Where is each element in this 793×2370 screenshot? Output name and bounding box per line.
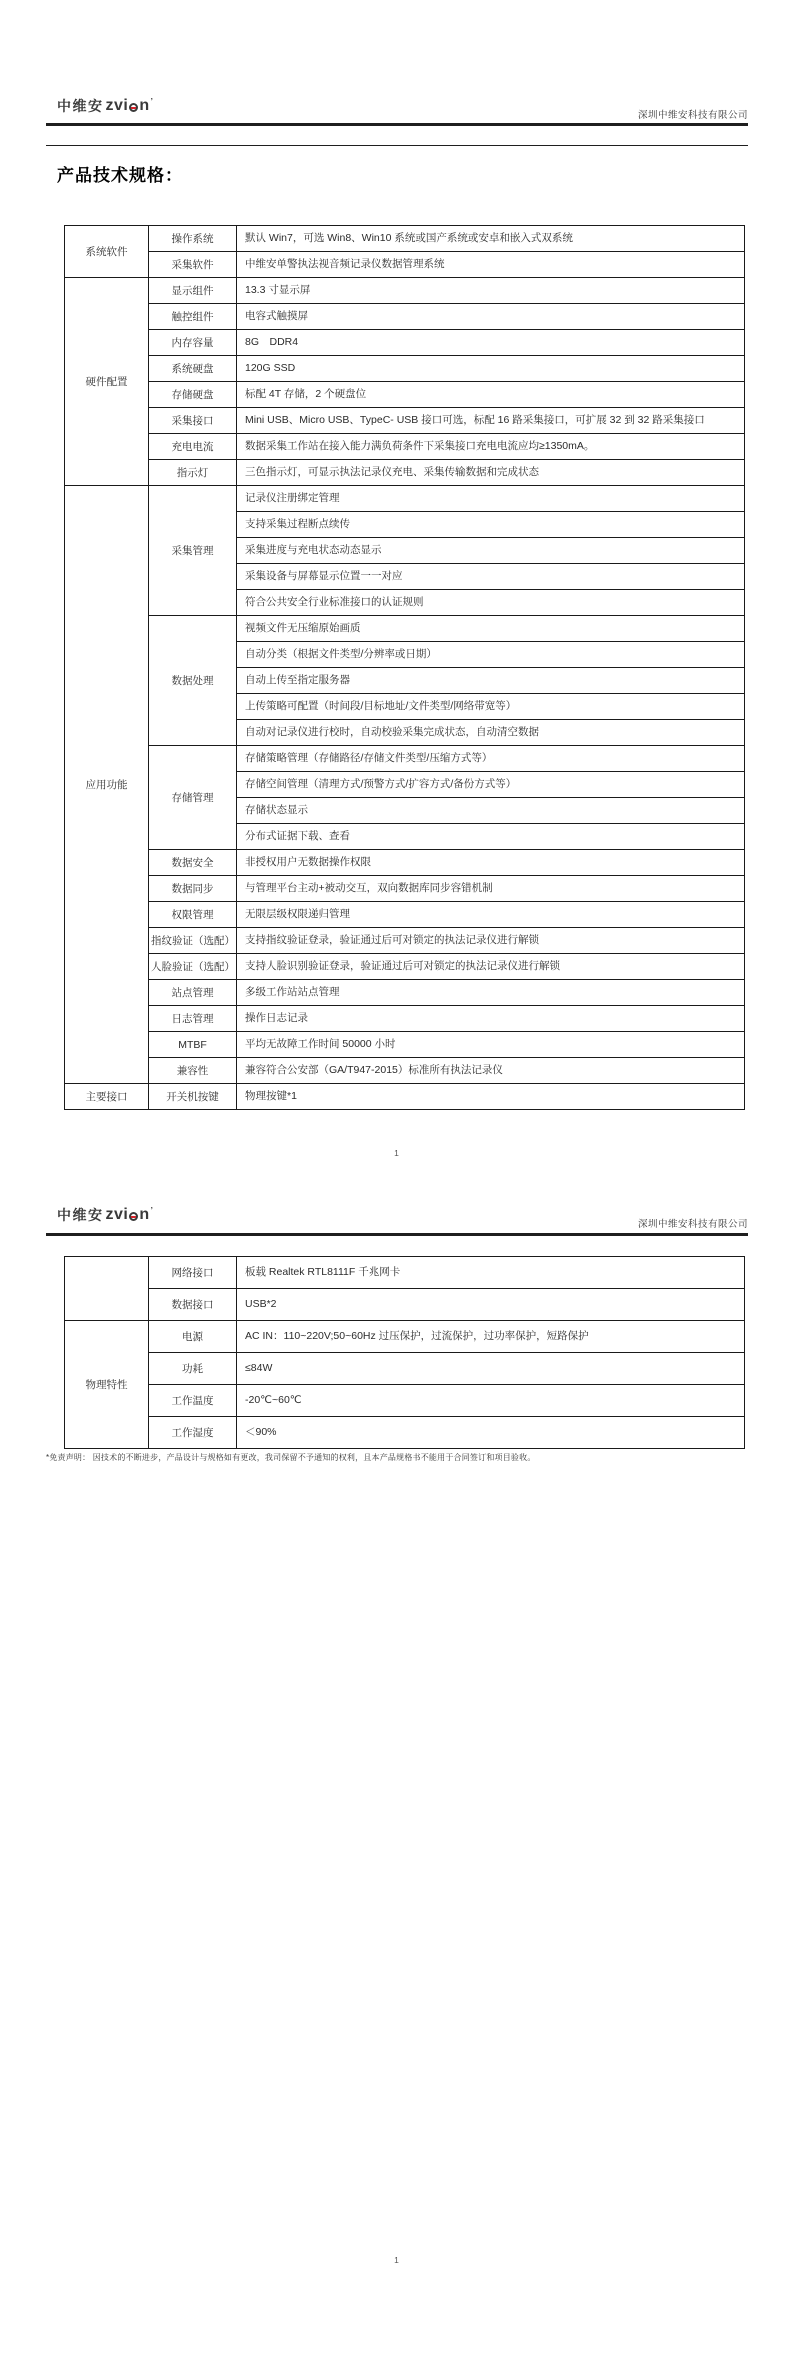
spec-row: 数据同步与管理平台主动+被动交互，双向数据库同步容错机制 — [65, 876, 745, 902]
item-cell: 工作温度 — [149, 1385, 237, 1417]
item-cell: 电源 — [149, 1321, 237, 1353]
item-cell: 指示灯 — [149, 460, 237, 486]
item-cell: 人脸验证（选配） — [149, 954, 237, 980]
item-cell: 系统硬盘 — [149, 356, 237, 382]
section-divider — [46, 145, 748, 146]
value-cell: 三色指示灯，可显示执法记录仪充电、采集传输数据和完成状态 — [237, 460, 745, 486]
company-name: 深圳中维安科技有限公司 — [638, 107, 748, 121]
spec-row: 网络接口板载 Realtek RTL8111F 千兆网卡 — [65, 1257, 745, 1289]
item-cell: 指纹验证（选配） — [149, 928, 237, 954]
value-cell: 非授权用户无数据操作权限 — [237, 850, 745, 876]
logo-trademark: ’ — [151, 97, 154, 106]
spec-row: 指示灯三色指示灯，可显示执法记录仪充电、采集传输数据和完成状态 — [65, 460, 745, 486]
spec-row: 站点管理多级工作站站点管理 — [65, 980, 745, 1006]
item-cell: 日志管理 — [149, 1006, 237, 1032]
logo-text-pre: zvi — [106, 1206, 129, 1224]
value-cell: 存储策略管理（存储路径/存储文件类型/压缩方式等） — [237, 746, 745, 772]
logo-a-icon — [129, 103, 138, 112]
header-divider — [46, 123, 748, 126]
item-cell: 数据处理 — [149, 616, 237, 746]
category-cell: 主要接口 — [65, 1084, 149, 1110]
spec-row: 存储硬盘标配 4T 存储，2 个硬盘位 — [65, 382, 745, 408]
spec-table-page2: 网络接口板载 Realtek RTL8111F 千兆网卡数据接口USB*2物理特… — [64, 1256, 745, 1449]
value-cell: 兼容符合公安部（GA/T947-2015）标准所有执法记录仪 — [237, 1058, 745, 1084]
value-cell: 默认 Win7，可选 Win8、Win10 系统或国产系统或安卓和嵌入式双系统 — [237, 226, 745, 252]
spec-row: 存储管理存储策略管理（存储路径/存储文件类型/压缩方式等） — [65, 746, 745, 772]
spec-row: 权限管理无限层级权限递归管理 — [65, 902, 745, 928]
value-cell: 上传策略可配置（时间段/目标地址/文件类型/网络带宽等） — [237, 694, 745, 720]
item-cell: 工作湿度 — [149, 1417, 237, 1449]
spec-row: MTBF平均无故障工作时间 50000 小时 — [65, 1032, 745, 1058]
item-cell: 触控组件 — [149, 304, 237, 330]
logo-a-icon — [129, 1212, 138, 1221]
spec-row: 数据安全非授权用户无数据操作权限 — [65, 850, 745, 876]
value-cell: 板载 Realtek RTL8111F 千兆网卡 — [237, 1257, 745, 1289]
logo-red-dash-icon — [131, 107, 136, 109]
item-cell: 采集接口 — [149, 408, 237, 434]
value-cell: ＜90% — [237, 1417, 745, 1449]
logo-text-post: n — [139, 97, 149, 115]
category-cell — [65, 1257, 149, 1321]
category-cell: 应用功能 — [65, 486, 149, 1084]
value-cell: 与管理平台主动+被动交互，双向数据库同步容错机制 — [237, 876, 745, 902]
item-cell: 网络接口 — [149, 1257, 237, 1289]
page-title: 产品技术规格： — [57, 161, 183, 186]
category-cell: 物理特性 — [65, 1321, 149, 1449]
spec-row: 触控组件电容式触摸屏 — [65, 304, 745, 330]
value-cell: 平均无故障工作时间 50000 小时 — [237, 1032, 745, 1058]
spec-row: 工作温度-20℃~60℃ — [65, 1385, 745, 1417]
value-cell: 13.3 寸显示屏 — [237, 278, 745, 304]
value-cell: 采集进度与充电状态动态显示 — [237, 538, 745, 564]
item-cell: 数据安全 — [149, 850, 237, 876]
value-cell: 自动对记录仪进行校时，自动校验采集完成状态，自动清空数据 — [237, 720, 745, 746]
item-cell: 存储管理 — [149, 746, 237, 850]
value-cell: 无限层级权限递归管理 — [237, 902, 745, 928]
value-cell: 数据采集工作站在接入能力满负荷条件下采集接口充电电流应均≥1350mA。 — [237, 434, 745, 460]
value-cell: 符合公共安全行业标准接口的认证规则 — [237, 590, 745, 616]
value-cell: AC IN：110~220V;50~60Hz 过压保护，过流保护，过功率保护，短… — [237, 1321, 745, 1353]
brand-logo-en: zvin’ — [106, 1206, 154, 1224]
spec-table-page1: 系统软件操作系统默认 Win7，可选 Win8、Win10 系统或国产系统或安卓… — [64, 225, 745, 1110]
spec-row: 日志管理操作日志记录 — [65, 1006, 745, 1032]
value-cell: 存储空间管理（清理方式/预警方式/扩容方式/备份方式等） — [237, 772, 745, 798]
value-cell: 标配 4T 存储，2 个硬盘位 — [237, 382, 745, 408]
value-cell: 中维安单警执法视音频记录仪数据管理系统 — [237, 252, 745, 278]
spec-row: 物理特性电源AC IN：110~220V;50~60Hz 过压保护，过流保护，过… — [65, 1321, 745, 1353]
category-cell: 硬件配置 — [65, 278, 149, 486]
value-cell: 多级工作站站点管理 — [237, 980, 745, 1006]
spec-row: 数据接口USB*2 — [65, 1289, 745, 1321]
item-cell: 数据同步 — [149, 876, 237, 902]
value-cell: 采集设备与屏幕显示位置一一对应 — [237, 564, 745, 590]
item-cell: 显示组件 — [149, 278, 237, 304]
item-cell: 采集管理 — [149, 486, 237, 616]
value-cell: -20℃~60℃ — [237, 1385, 745, 1417]
item-cell: 站点管理 — [149, 980, 237, 1006]
spec-row: 主要接口开关机按键物理按键*1 — [65, 1084, 745, 1110]
value-cell: 存储状态显示 — [237, 798, 745, 824]
value-cell: 分布式证据下载、查看 — [237, 824, 745, 850]
item-cell: 操作系统 — [149, 226, 237, 252]
spec-row: 应用功能采集管理记录仪注册绑定管理 — [65, 486, 745, 512]
spec-row: 系统软件操作系统默认 Win7，可选 Win8、Win10 系统或国产系统或安卓… — [65, 226, 745, 252]
value-cell: 视频文件无压缩原始画质 — [237, 616, 745, 642]
spec-table-page1-wrap: 系统软件操作系统默认 Win7，可选 Win8、Win10 系统或国产系统或安卓… — [64, 225, 745, 1110]
spec-row: 工作湿度＜90% — [65, 1417, 745, 1449]
item-cell: 充电电流 — [149, 434, 237, 460]
logo-trademark: ’ — [151, 1206, 154, 1215]
disclaimer-note: *免责声明： 因技术的不断进步，产品设计与规格如有更改，我司保留不予通知的权利，… — [46, 1452, 536, 1463]
spec-row: 功耗≤84W — [65, 1353, 745, 1385]
brand-logo-cn: 中维安 — [57, 96, 104, 116]
value-cell: 电容式触摸屏 — [237, 304, 745, 330]
company-name-page2: 深圳中维安科技有限公司 — [638, 1216, 748, 1230]
spec-row: 人脸验证（选配）支持人脸识别验证登录，验证通过后可对锁定的执法记录仪进行解锁 — [65, 954, 745, 980]
spec-row: 充电电流数据采集工作站在接入能力满负荷条件下采集接口充电电流应均≥1350mA。 — [65, 434, 745, 460]
item-cell: 兼容性 — [149, 1058, 237, 1084]
item-cell: 权限管理 — [149, 902, 237, 928]
logo-text-pre: zvi — [106, 97, 129, 115]
value-cell: 支持人脸识别验证登录，验证通过后可对锁定的执法记录仪进行解锁 — [237, 954, 745, 980]
value-cell: 自动上传至指定服务器 — [237, 668, 745, 694]
page-number-2: 1 — [0, 2255, 793, 2265]
logo-text-post: n — [139, 1206, 149, 1224]
value-cell: 120G SSD — [237, 356, 745, 382]
header-divider-page2 — [46, 1233, 748, 1236]
spec-row: 采集接口Mini USB、Micro USB、TypeC- USB 接口可选，标… — [65, 408, 745, 434]
item-cell: 内存容量 — [149, 330, 237, 356]
document-canvas: 中维安 zvin’ 深圳中维安科技有限公司 产品技术规格： 系统软件操作系统默认… — [0, 0, 793, 2370]
spec-row: 指纹验证（选配）支持指纹验证登录，验证通过后可对锁定的执法记录仪进行解锁 — [65, 928, 745, 954]
value-cell: ≤84W — [237, 1353, 745, 1385]
item-cell: 存储硬盘 — [149, 382, 237, 408]
value-cell: 操作日志记录 — [237, 1006, 745, 1032]
value-cell: 物理按键*1 — [237, 1084, 745, 1110]
spec-row: 硬件配置显示组件13.3 寸显示屏 — [65, 278, 745, 304]
value-cell: 8G DDR4 — [237, 330, 745, 356]
spec-row: 内存容量8G DDR4 — [65, 330, 745, 356]
logo-red-dash-icon — [131, 1216, 136, 1218]
brand-logo-page2: 中维安 zvin’ — [57, 1205, 153, 1225]
value-cell: Mini USB、Micro USB、TypeC- USB 接口可选，标配 16… — [237, 408, 745, 434]
value-cell: 自动分类（根据文件类型/分辨率或日期） — [237, 642, 745, 668]
item-cell: 开关机按键 — [149, 1084, 237, 1110]
brand-logo-en: zvin’ — [106, 97, 154, 115]
brand-logo-cn: 中维安 — [57, 1205, 104, 1225]
value-cell: USB*2 — [237, 1289, 745, 1321]
item-cell: 功耗 — [149, 1353, 237, 1385]
item-cell: MTBF — [149, 1032, 237, 1058]
value-cell: 支持指纹验证登录，验证通过后可对锁定的执法记录仪进行解锁 — [237, 928, 745, 954]
spec-row: 系统硬盘120G SSD — [65, 356, 745, 382]
category-cell: 系统软件 — [65, 226, 149, 278]
item-cell: 数据接口 — [149, 1289, 237, 1321]
spec-row: 采集软件中维安单警执法视音频记录仪数据管理系统 — [65, 252, 745, 278]
spec-row: 数据处理视频文件无压缩原始画质 — [65, 616, 745, 642]
brand-logo: 中维安 zvin’ — [57, 96, 153, 116]
value-cell: 记录仪注册绑定管理 — [237, 486, 745, 512]
item-cell: 采集软件 — [149, 252, 237, 278]
page-number-1: 1 — [0, 1148, 793, 1158]
spec-row: 兼容性兼容符合公安部（GA/T947-2015）标准所有执法记录仪 — [65, 1058, 745, 1084]
value-cell: 支持采集过程断点续传 — [237, 512, 745, 538]
spec-table-page2-wrap: 网络接口板载 Realtek RTL8111F 千兆网卡数据接口USB*2物理特… — [64, 1256, 745, 1449]
